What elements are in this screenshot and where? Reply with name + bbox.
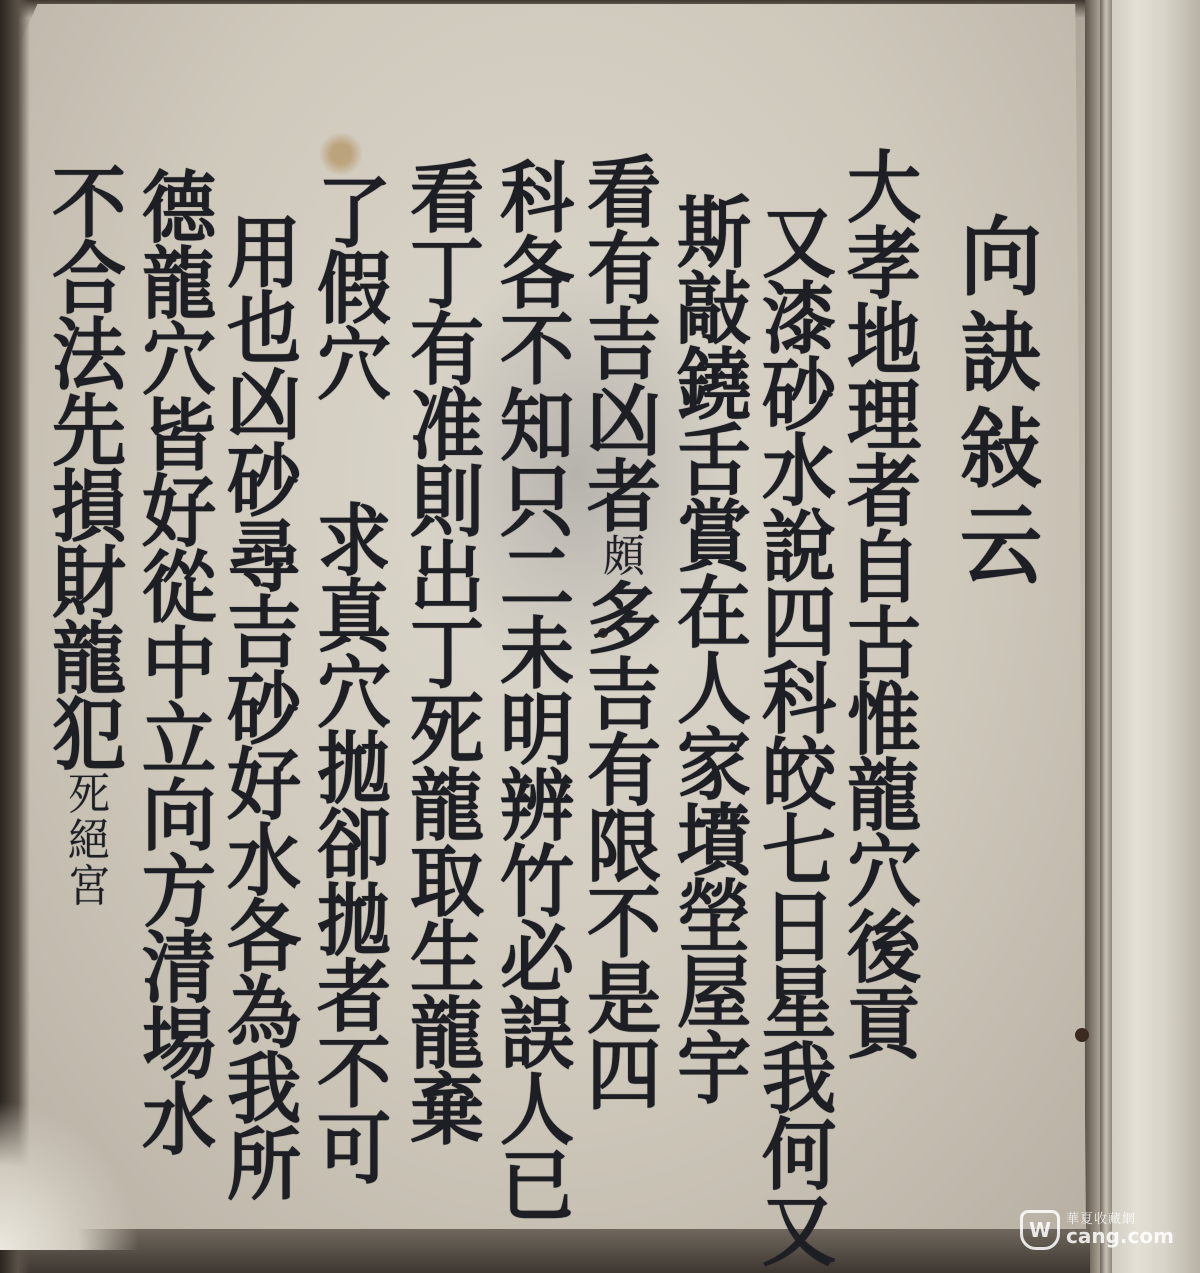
glyph: 砂 bbox=[227, 671, 301, 747]
glyph: 合 bbox=[52, 241, 126, 317]
glyph: 清 bbox=[142, 930, 216, 1006]
glyph: 向 bbox=[960, 215, 1042, 311]
glyph: 死 bbox=[68, 773, 110, 819]
page-left-edge bbox=[0, 0, 30, 1273]
glyph: 好 bbox=[142, 474, 216, 550]
glyph: 砂 bbox=[762, 357, 836, 433]
glyph: 宇 bbox=[677, 1031, 751, 1107]
text-column-1: 大孝地理者自古惟龍穴後貢 bbox=[845, 150, 923, 1062]
glyph: 云 bbox=[960, 503, 1042, 599]
glyph: 吉 bbox=[587, 307, 661, 383]
glyph: 假 bbox=[317, 251, 391, 327]
glyph: 卻 bbox=[317, 807, 391, 883]
glyph: 墳 bbox=[677, 803, 751, 879]
glyph: 生 bbox=[410, 920, 484, 996]
glyph: 不 bbox=[317, 1035, 391, 1111]
glyph: 宮 bbox=[68, 865, 110, 911]
site-watermark: W 華夏收藏網 cang.com bbox=[1020, 1210, 1174, 1250]
glyph: 了 bbox=[317, 175, 391, 251]
glyph: 未 bbox=[500, 616, 574, 692]
glyph: 中 bbox=[142, 626, 216, 702]
glyph: 真 bbox=[317, 579, 391, 655]
glyph: 二 bbox=[500, 540, 574, 616]
glyph: 竹 bbox=[500, 844, 574, 920]
glyph: 吉 bbox=[227, 595, 301, 671]
glyph: 鐃 bbox=[677, 347, 751, 423]
glyph: 所 bbox=[227, 1127, 301, 1203]
glyph: 凶 bbox=[587, 383, 661, 459]
glyph: 為 bbox=[227, 975, 301, 1051]
glyph: 有 bbox=[587, 733, 661, 809]
glyph: 人 bbox=[500, 1072, 574, 1148]
glyph: 砂 bbox=[227, 443, 301, 519]
glyph: 先 bbox=[52, 393, 126, 469]
glyph: 漆 bbox=[762, 281, 836, 357]
glyph: 科 bbox=[762, 661, 836, 737]
glyph: 龍 bbox=[410, 996, 484, 1072]
text-column-4: 看有吉凶者頗多吉有限不是四 bbox=[585, 155, 663, 1113]
glyph: 何 bbox=[762, 1117, 836, 1193]
text-column-2: 又漆砂水說四科皎七日星我何又 bbox=[760, 205, 838, 1269]
glyph: 拋 bbox=[317, 731, 391, 807]
glyph: 尋 bbox=[227, 519, 301, 595]
glyph: 不 bbox=[587, 885, 661, 961]
text-column-9: 德龍穴皆好從中立向方清埸水 bbox=[140, 170, 218, 1158]
glyph: 屋 bbox=[677, 955, 751, 1031]
glyph: 穴 bbox=[142, 322, 216, 398]
glyph: 理 bbox=[847, 378, 921, 454]
watermark-name-en: cang.com bbox=[1066, 1226, 1174, 1247]
glyph: 拋 bbox=[317, 883, 391, 959]
glyph: 棄 bbox=[410, 1072, 484, 1148]
glyph: 准 bbox=[410, 388, 484, 464]
glyph: 財 bbox=[52, 545, 126, 621]
glyph: 我 bbox=[762, 1041, 836, 1117]
glyph: 方 bbox=[142, 854, 216, 930]
glyph: 從 bbox=[142, 550, 216, 626]
glyph: 貢 bbox=[847, 986, 921, 1062]
glyph: 者 bbox=[847, 454, 921, 530]
glyph: 敍 bbox=[960, 407, 1042, 503]
glyph: 只 bbox=[500, 464, 574, 540]
text-column-7: 了假穴求真穴拋卻拋者不可 bbox=[315, 175, 393, 1187]
glyph: 塋 bbox=[677, 879, 751, 955]
glyph: 敲 bbox=[677, 271, 751, 347]
glyph: 埸 bbox=[142, 1006, 216, 1082]
glyph: 又 bbox=[762, 1193, 836, 1269]
glyph: 向 bbox=[142, 778, 216, 854]
glyph: 也 bbox=[227, 291, 301, 367]
glyph: 德 bbox=[142, 170, 216, 246]
glyph: 四 bbox=[762, 585, 836, 661]
glyph: 自 bbox=[847, 530, 921, 606]
glyph: 我 bbox=[227, 1051, 301, 1127]
glyph: 各 bbox=[227, 899, 301, 975]
glyph: 凶 bbox=[227, 367, 301, 443]
glyph: 求 bbox=[317, 503, 391, 579]
glyph: 龍 bbox=[52, 621, 126, 697]
glyph: 穴 bbox=[317, 327, 391, 403]
glyph: 水 bbox=[227, 823, 301, 899]
glyph: 用 bbox=[227, 215, 301, 291]
glyph: 限 bbox=[587, 809, 661, 885]
glyph: 惟 bbox=[847, 682, 921, 758]
glyph: 有 bbox=[587, 231, 661, 307]
glyph: 有 bbox=[410, 312, 484, 388]
glyph: 不 bbox=[52, 165, 126, 241]
watermark-logo-icon: W bbox=[1020, 1210, 1060, 1250]
glyph: 賞 bbox=[677, 499, 751, 575]
worm-hole bbox=[1075, 1028, 1089, 1042]
glyph: 訣 bbox=[960, 311, 1042, 407]
text-column-10: 不合法先損財龍犯死絕宮 bbox=[50, 165, 128, 911]
text-column-5: 科各不知只二未明辨竹必誤人已 bbox=[498, 160, 576, 1224]
glyph: 可 bbox=[317, 1111, 391, 1187]
glyph: 知 bbox=[500, 388, 574, 464]
glyph: 又 bbox=[762, 205, 836, 281]
text-column-3: 斯敲鐃舌賞在人家墳塋屋宇 bbox=[675, 195, 753, 1107]
glyph: 科 bbox=[500, 160, 574, 236]
glyph: 龍 bbox=[142, 246, 216, 322]
glyph: 出 bbox=[410, 540, 484, 616]
glyph: 辨 bbox=[500, 768, 574, 844]
glyph: 多 bbox=[587, 581, 661, 657]
worn-page-corner bbox=[0, 1100, 140, 1250]
glyph: 犯 bbox=[52, 697, 126, 773]
glyph: 大 bbox=[847, 150, 921, 226]
glyph: 皎 bbox=[762, 737, 836, 813]
glyph: 是 bbox=[587, 961, 661, 1037]
glyph: 人 bbox=[677, 651, 751, 727]
glyph: 孝 bbox=[847, 226, 921, 302]
glyph: 立 bbox=[142, 702, 216, 778]
glyph: 好 bbox=[227, 747, 301, 823]
glyph: 穴 bbox=[847, 834, 921, 910]
glyph: 各 bbox=[500, 236, 574, 312]
glyph: 水 bbox=[762, 433, 836, 509]
glyph: 丁 bbox=[410, 616, 484, 692]
glyph: 穴 bbox=[317, 655, 391, 731]
glyph: 則 bbox=[410, 464, 484, 540]
glyph: 日 bbox=[762, 889, 836, 965]
glyph: 絕 bbox=[68, 819, 110, 865]
glyph: 吉 bbox=[587, 657, 661, 733]
glyph: 皆 bbox=[142, 398, 216, 474]
glyph: 損 bbox=[52, 469, 126, 545]
glyph: 不 bbox=[500, 312, 574, 388]
glyph: 看 bbox=[410, 160, 484, 236]
glyph: 斯 bbox=[677, 195, 751, 271]
glyph: 者 bbox=[317, 959, 391, 1035]
glyph: 四 bbox=[587, 1037, 661, 1113]
glyph: 家 bbox=[677, 727, 751, 803]
glyph: 明 bbox=[500, 692, 574, 768]
glyph: 水 bbox=[142, 1082, 216, 1158]
manuscript-title: 向訣敍云 bbox=[958, 215, 1044, 599]
glyph: 說 bbox=[762, 509, 836, 585]
glyph: 取 bbox=[410, 844, 484, 920]
glyph: 死 bbox=[410, 692, 484, 768]
text-column-8: 用也凶砂尋吉砂好水各為我所 bbox=[225, 215, 303, 1203]
glyph: 看 bbox=[587, 155, 661, 231]
glyph: 舌 bbox=[677, 423, 751, 499]
glyph: 法 bbox=[52, 317, 126, 393]
glyph: 龍 bbox=[847, 758, 921, 834]
glyph: 七 bbox=[762, 813, 836, 889]
glyph: 後 bbox=[847, 910, 921, 986]
glyph: 古 bbox=[847, 606, 921, 682]
glyph: 地 bbox=[847, 302, 921, 378]
glyph: 者 bbox=[587, 459, 661, 535]
text-column-6: 看丁有准則出丁死龍取生龍棄 bbox=[408, 160, 486, 1148]
book-spine bbox=[1100, 0, 1112, 1273]
glyph: 誤 bbox=[500, 996, 574, 1072]
glyph: 丁 bbox=[410, 236, 484, 312]
glyph: 龍 bbox=[410, 768, 484, 844]
glyph: 在 bbox=[677, 575, 751, 651]
glyph: 已 bbox=[500, 1148, 574, 1224]
glyph: 星 bbox=[762, 965, 836, 1041]
glyph: 必 bbox=[500, 920, 574, 996]
